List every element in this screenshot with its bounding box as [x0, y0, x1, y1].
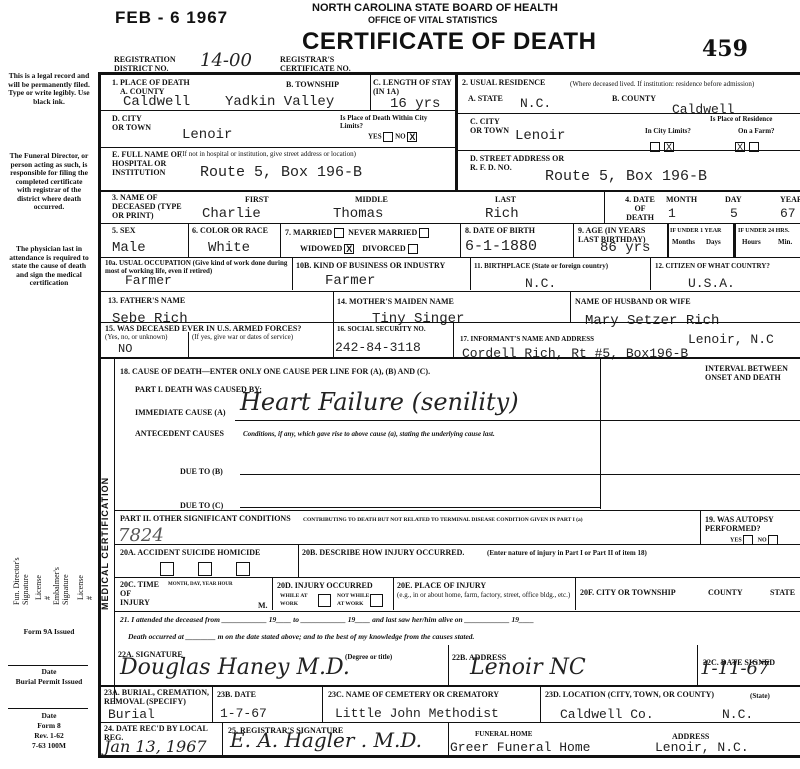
city-limits-label: Is Place of Death Within City Limits? — [340, 114, 450, 130]
never-married-checkbox[interactable] — [419, 228, 429, 238]
dob-label: 8. DATE OF BIRTH — [465, 226, 535, 235]
date-of-death-label: 4. DATE OF DEATH — [620, 195, 660, 222]
cemetery-name: Little John Methodist — [335, 706, 499, 721]
medical-certification-label: MEDICAL CERTIFICATION — [100, 410, 110, 610]
race-value: White — [208, 240, 250, 256]
page-title: CERTIFICATE OF DEATH — [302, 28, 596, 56]
sex-value: Male — [112, 240, 146, 256]
part2-value: 7824 — [118, 525, 164, 546]
armed-forces-value: NO — [118, 342, 132, 356]
cause-of-death-label: 18. CAUSE OF DEATH—ENTER ONLY ONE CAUSE … — [120, 367, 430, 376]
citizenship: U.S.A. — [688, 276, 735, 291]
antecedent-label: ANTECEDENT CAUSES — [135, 429, 224, 438]
divorced-label: DIVORCED — [362, 244, 405, 253]
birthplace-label: 11. BIRTHPLACE (State or foreign country… — [474, 262, 608, 270]
first-name: Charlie — [202, 206, 261, 222]
hours-label: Hours — [742, 238, 761, 246]
informant-label: 17. INFORMANT'S NAME AND ADDRESS — [460, 335, 594, 343]
suicide-checkbox[interactable] — [198, 562, 212, 576]
residence-street: Route 5, Box 196-B — [545, 168, 707, 185]
burial-location-label: 23d. LOCATION (City, town, or county) — [545, 690, 714, 699]
age-value: 86 yrs — [600, 240, 650, 256]
license-label-2: License # — [76, 570, 94, 600]
part2-hint: CONTRIBUTING TO DEATH BUT NOT RELATED TO… — [303, 516, 583, 524]
state-label: a. STATE — [468, 94, 503, 103]
legal-notice: This is a legal record and will be perma… — [8, 72, 90, 106]
immediate-cause-label: IMMEDIATE CAUSE (a) — [135, 408, 226, 417]
time-of-injury-label: 20c. TIME OF INJURY — [120, 580, 160, 607]
registration-district-value: 14-00 — [200, 50, 252, 71]
while-at-work-label: WHILE AT WORK — [280, 592, 316, 608]
time-hint: MONTH, DAY, YEAR HOUR — [168, 581, 233, 589]
no-label: NO — [395, 133, 406, 141]
year-label: Year — [780, 195, 800, 204]
widowed-checkbox[interactable]: X — [344, 244, 354, 254]
business-label: 10b. KIND OF BUSINESS OR INDUSTRY — [296, 261, 445, 270]
homicide-checkbox[interactable] — [236, 562, 250, 576]
death-occurred-statement: Death occurred at ________ m on the date… — [128, 632, 474, 641]
date-received: Jan 13, 1967 — [104, 737, 207, 756]
deceased-name-label: 3. NAME OF DECEASED (Type or Print) — [112, 193, 192, 220]
armed-forces-hint2: (If yes, give war or dates of service) — [192, 333, 293, 341]
burial-location: Caldwell Co. — [560, 707, 654, 722]
form-number: Form 8 — [8, 722, 90, 731]
registrar-cert-label: REGISTRAR'S CERTIFICATE NO. — [280, 55, 390, 73]
married-checkbox[interactable] — [334, 228, 344, 238]
race-label: 6. COLOR OR RACE — [192, 226, 268, 235]
under-1-year-label: IF UNDER 1 YEAR — [670, 227, 721, 235]
injury-state-label: STATE — [770, 588, 795, 597]
place-of-death-label: 1. PLACE OF DEATH — [112, 78, 190, 87]
day-label: Day — [725, 195, 742, 204]
death-township: Yadkin Valley — [225, 94, 334, 110]
married-label: 7. MARRIED — [285, 228, 332, 237]
months-label: Months — [672, 238, 695, 246]
burial-state-label: (State) — [750, 692, 770, 700]
city-limits-no-checkbox[interactable]: X — [407, 132, 417, 142]
last-name: Rich — [485, 206, 519, 222]
fd-signature-label: Fun. Director's Signature — [12, 545, 30, 605]
burial-date-label: 23b. DATE — [217, 690, 256, 699]
death-day: 5 — [730, 206, 738, 221]
in-city-limits-label: In City Limits? — [645, 127, 691, 135]
physician-notice: The physician last in attendance is requ… — [8, 245, 90, 288]
last-label: Last — [495, 195, 516, 204]
first-label: First — [245, 195, 269, 204]
disposition-label: 23a. BURIAL, CREMATION, REMOVAL (Specify… — [104, 688, 212, 706]
citizen-label: 12. CITIZEN OF WHAT COUNTRY? — [655, 262, 770, 270]
form9a-issued: Form 9A Issued — [8, 628, 90, 637]
business: Farmer — [325, 273, 375, 289]
time-m-label: M. — [258, 601, 268, 610]
armed-forces-hint: (Yes, no, or unknown) — [105, 333, 167, 341]
office-name: OFFICE OF VITAL STATISTICS — [368, 15, 497, 25]
describe-injury-label: 20b. DESCRIBE HOW INJURY OCCURRED. — [302, 548, 464, 557]
date-signed: 1-11-67 — [700, 658, 769, 679]
funeral-home-address: Lenoir, N.C. — [655, 740, 749, 755]
ssn-label: 16. SOCIAL SECURITY NO. — [337, 325, 426, 333]
antecedent-hint: Conditions, if any, which gave rise to a… — [243, 430, 495, 438]
date-label-2: Date — [8, 712, 90, 721]
widowed-label: WIDOWED — [300, 244, 342, 253]
residence-label: 2. USUAL RESIDENCE — [462, 78, 545, 87]
armed-forces-label: 15. WAS DECEASED EVER IN U.S. ARMED FORC… — [105, 324, 301, 333]
institution-hint: (If not in hospital or institution, give… — [180, 150, 356, 158]
birthplace: N.C. — [525, 276, 556, 291]
stay-label: c. LENGTH OF STAY (in 1a) — [373, 78, 453, 96]
disposition-method: Burial — [108, 707, 155, 722]
accident-type-label: 20a. ACCIDENT SUICIDE HOMICIDE — [120, 548, 260, 557]
physician-address: Lenoir NC — [470, 655, 586, 680]
yes-label: YES — [368, 133, 382, 141]
city-township-label: 20f. CITY OR TOWNSHIP — [580, 588, 676, 597]
social-security-number: 242-84-3118 — [335, 340, 421, 355]
middle-label: Middle — [355, 195, 388, 204]
date-of-birth: 6-1-1880 — [465, 238, 537, 255]
agency-name: NORTH CAROLINA STATE BOARD OF HEALTH — [312, 2, 558, 14]
month-label: Month — [666, 195, 697, 204]
autopsy-yes-label: YES — [730, 537, 742, 543]
place-of-residence-label: Is Place of Residence — [710, 115, 772, 123]
place-of-injury-hint: (e.g., in or about home, farm, factory, … — [397, 591, 572, 599]
cemetery-label: 23c. NAME OF CEMETERY OR CREMATORY — [328, 690, 499, 699]
sex-label: 5. SEX — [112, 226, 136, 235]
death-city: Lenoir — [182, 127, 232, 143]
township-label: b. TOWNSHIP — [286, 80, 339, 89]
death-month: 1 — [668, 206, 676, 221]
father-label: 13. FATHER'S NAME — [108, 296, 185, 305]
part2-label: PART II. OTHER SIGNIFICANT CONDITIONS — [120, 514, 291, 523]
describe-injury-hint: (Enter nature of injury in Part I or Par… — [487, 549, 647, 557]
revision: Rev. 1-62 — [8, 732, 90, 741]
death-county: Caldwell — [123, 94, 190, 110]
attended-statement: 21. I attended the deceased from _______… — [120, 615, 534, 624]
informant-city: Lenoir, N.C — [688, 332, 774, 347]
middle-name: Thomas — [333, 206, 383, 222]
death-year: 67 — [780, 206, 796, 221]
license-label: License # — [34, 570, 52, 600]
autopsy-no-label: NO — [758, 537, 767, 543]
min-label: Min. — [778, 238, 792, 246]
embalmer-signature-label: Embalmer's Signature — [52, 545, 70, 605]
degree-label: (Degree or title) — [345, 653, 392, 661]
autopsy-label: 19. WAS AUTOPSY PERFORMED? — [705, 515, 800, 533]
burial-state: N.C. — [722, 707, 753, 722]
place-of-injury-label: 20e. PLACE OF INJURY — [397, 581, 572, 590]
injury-occurred-label: 20d. INJURY OCCURRED — [277, 581, 373, 590]
institution-label: e. FULL NAME OF HOSPITAL OR INSTITUTION — [112, 150, 187, 177]
printing-info: 7-63 100M — [8, 742, 90, 751]
accident-checkbox[interactable] — [160, 562, 174, 576]
divorced-checkbox[interactable] — [408, 244, 418, 254]
date-label: Date — [8, 668, 90, 677]
burial-permit-issued: Burial Permit Issued — [4, 678, 94, 687]
not-while-at-work-checkbox[interactable] — [370, 594, 383, 607]
never-married-label: NEVER MARRIED — [348, 228, 417, 237]
city-limits-yes-checkbox[interactable] — [383, 132, 393, 142]
burial-date: 1-7-67 — [220, 706, 267, 721]
residence-state: N.C. — [520, 96, 551, 111]
funeral-home-label: FUNERAL HOME — [475, 730, 532, 738]
not-while-at-work-label: NOT WHILE AT WORK — [337, 592, 372, 608]
while-at-work-checkbox[interactable] — [318, 594, 331, 607]
funeral-director-notice: The Funeral Director, or person acting a… — [8, 152, 90, 212]
under-24-hrs-label: IF UNDER 24 HRS. — [738, 227, 789, 235]
funeral-home-name: Greer Funeral Home — [450, 740, 590, 755]
city-label: d. CITY OR TOWN — [112, 114, 152, 132]
due-to-c-label: DUE TO (c) — [180, 501, 223, 510]
registrar-signature: E. A. Hagler . M.D. — [230, 728, 422, 752]
occupation: Farmer — [125, 273, 172, 288]
days-label: Days — [706, 238, 721, 246]
city-label-2: c. CITY OR TOWN — [470, 117, 510, 135]
injury-county-label: COUNTY — [708, 588, 743, 597]
residence-hint: (Where deceased lived. If institution: r… — [570, 80, 754, 88]
physician-signature: Douglas Haney M.D. — [120, 655, 350, 680]
mother-label: 14. MOTHER'S MAIDEN NAME — [337, 297, 454, 306]
county-label-2: b. COUNTY — [612, 94, 656, 103]
certificate-number: 459 — [702, 36, 748, 62]
registration-district-label: REGISTRATION DISTRICT NO. — [114, 55, 204, 73]
residence-city: Lenoir — [515, 128, 565, 144]
due-to-b-label: DUE TO (b) — [180, 467, 223, 476]
institution-address: Route 5, Box 196-B — [200, 164, 362, 181]
received-stamp: FEB - 6 1967 — [115, 8, 228, 28]
on-farm-label: On a Farm? — [738, 127, 775, 135]
interval-label: INTERVAL BETWEEN ONSET AND DEATH — [705, 364, 800, 382]
spouse-label: NAME OF HUSBAND OR WIFE — [575, 297, 691, 306]
spouse-name: Mary Setzer Rich — [585, 313, 719, 329]
immediate-cause: Heart Failure (senility) — [240, 388, 519, 416]
